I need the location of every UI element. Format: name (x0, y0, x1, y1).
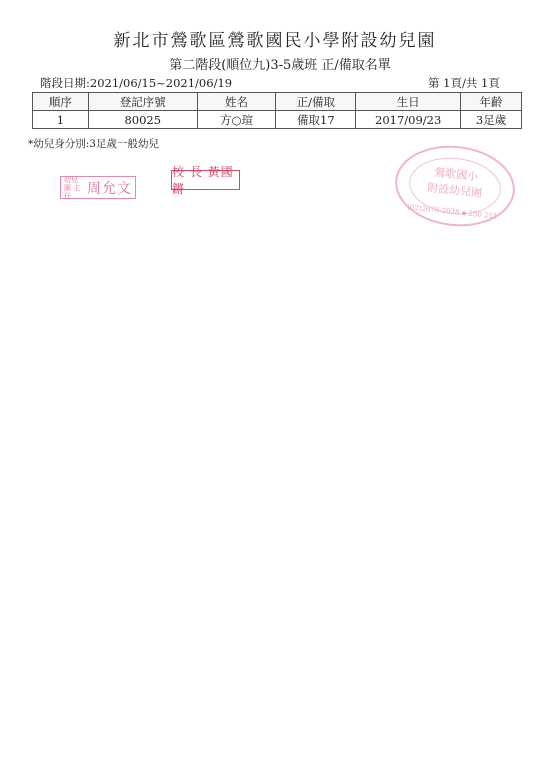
school-seal: 鶯歌國小 附設幼兒園 (02)2678-2038 ▪ 250 251 (391, 140, 519, 232)
header-status: 正/備取 (276, 93, 356, 111)
principal-stamp: 校 長 黃國鏘 (171, 170, 240, 190)
header-registration-no: 登記序號 (88, 93, 197, 111)
director-name: 周允文 (87, 178, 132, 198)
cell-birthday: 2017/09/23 (356, 111, 461, 129)
document-subtitle: 第二階段(順位九)3-5歲班 正/備取名單 (0, 54, 550, 73)
table-row: 1 80025 方○瑄 備取17 2017/09/23 3足歲 (33, 111, 522, 129)
page-info: 第 1頁/共 1頁 (428, 75, 500, 91)
cell-name: 方○瑄 (197, 111, 276, 129)
header-age: 年齡 (461, 93, 522, 111)
table-header-row: 順序 登記序號 姓名 正/備取 生日 年齡 (33, 93, 522, 111)
cell-age: 3足歲 (461, 111, 522, 129)
cell-registration-no: 80025 (88, 111, 197, 129)
document-title: 新北市鶯歌區鶯歌國民小學附設幼兒園 (0, 26, 550, 51)
admission-table: 順序 登記序號 姓名 正/備取 生日 年齡 1 80025 方○瑄 備取17 2… (32, 92, 522, 129)
period-label: 階段日期:2021/06/15~2021/06/19 (40, 75, 232, 91)
header-name: 姓名 (197, 93, 276, 111)
director-stamp: 幼兒園 主 任 周允文 (60, 176, 136, 199)
cell-status: 備取17 (276, 111, 356, 129)
footnote: *幼兒身分別:3足歲一般幼兒 (28, 136, 159, 151)
cell-order: 1 (33, 111, 89, 129)
header-birthday: 生日 (356, 93, 461, 111)
header-order: 順序 (33, 93, 89, 111)
director-title: 幼兒園 主 任 (64, 176, 84, 200)
